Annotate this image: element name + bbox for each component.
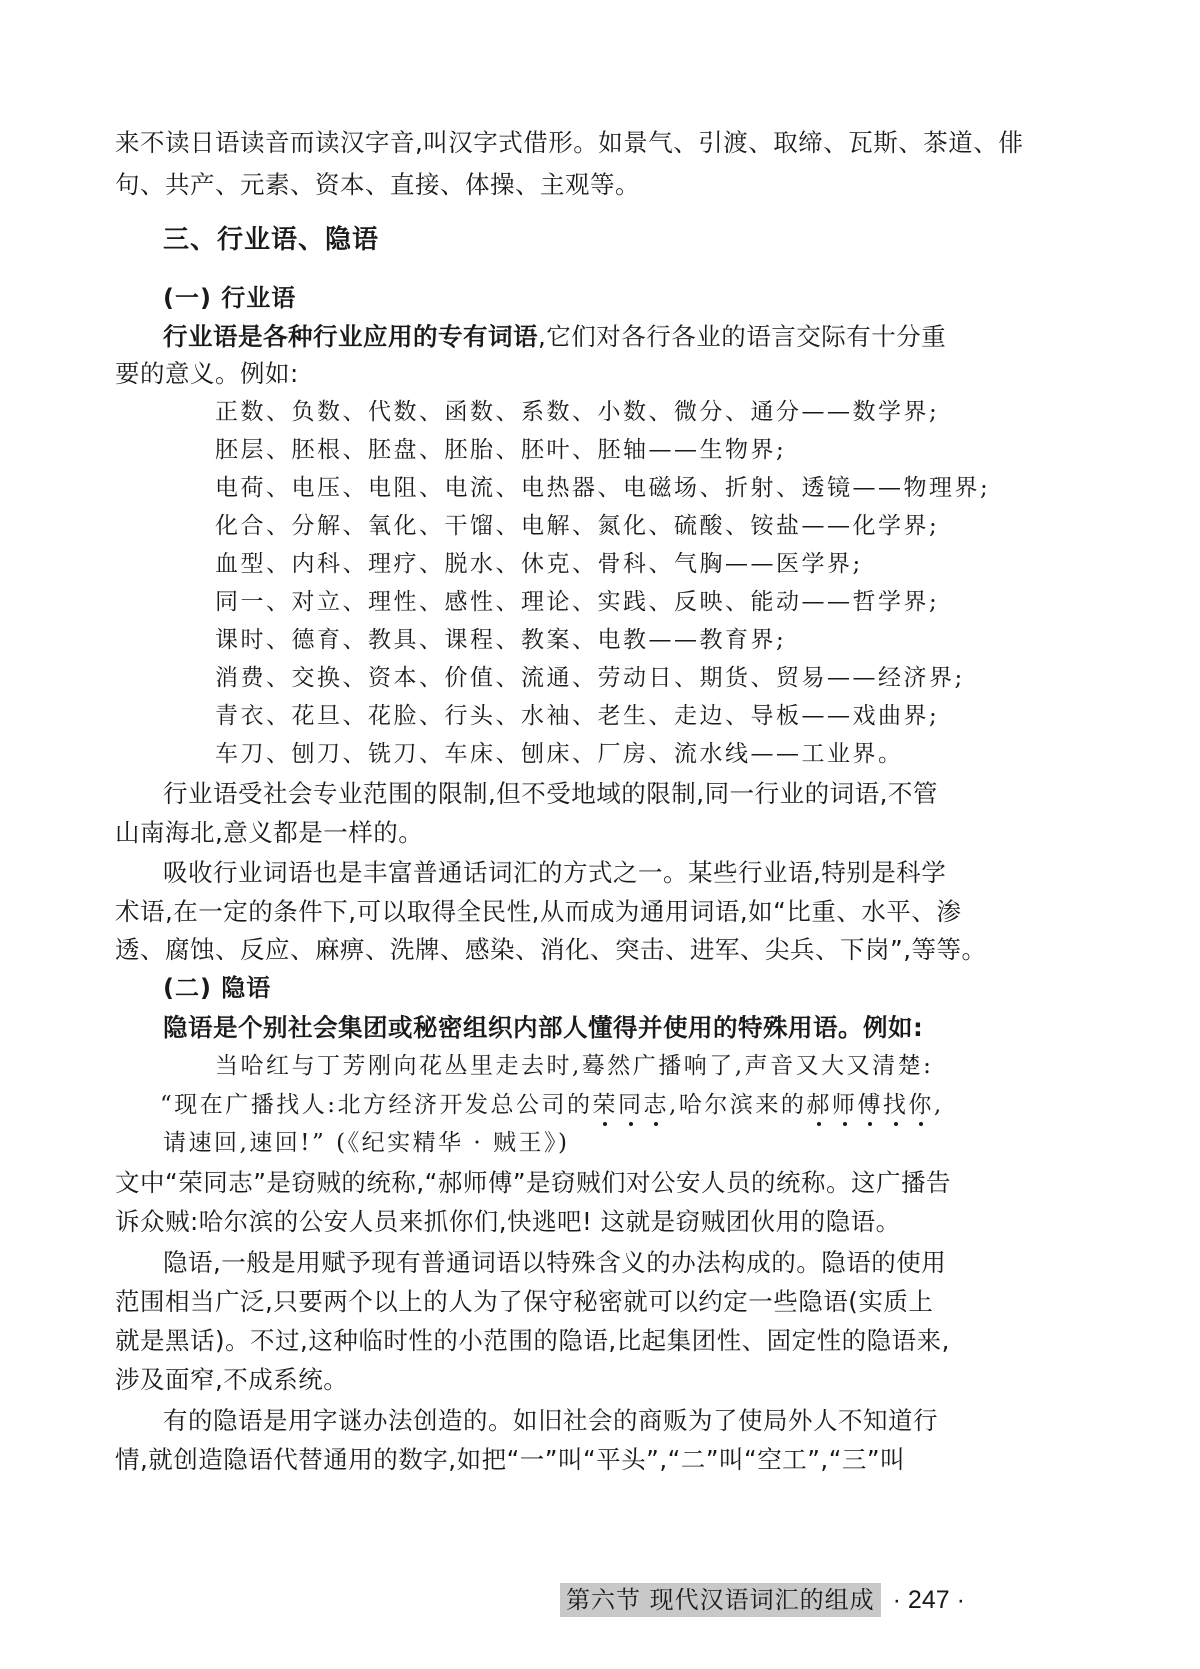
quote-text: ,哈尔滨来的	[669, 1092, 806, 1118]
example-medicine: 血型、内科、理疗、脱水、休克、骨科、气胸——医学界;	[215, 549, 863, 579]
definition-bold: 行业语是各种行业应用的专有词语	[163, 322, 538, 351]
emphasized-term-hao: 郝师傅找你	[806, 1092, 934, 1118]
page-number: · 247 ·	[893, 1586, 965, 1615]
section-heading: 三、行业语、隐语	[163, 225, 379, 255]
paragraph-line: 有的隐语是用字谜办法创造的。如旧社会的商贩为了使局外人不知道行	[163, 1406, 938, 1436]
paragraph-line: 范围相当广泛,只要两个以上的人为了保守秘密就可以约定一些隐语(实质上	[115, 1287, 933, 1317]
emphasis-dot-char: 荣	[593, 1092, 619, 1118]
emphasis-dot-char: 郝	[806, 1092, 832, 1118]
example-opera: 青衣、花旦、花脸、行头、水袖、老生、走边、导板——戏曲界;	[215, 701, 939, 731]
emphasis-dot-char: 找	[883, 1092, 909, 1118]
quote-line-1: 当哈红与丁芳刚向花丛里走去时,蓦然广播响了,声音又大又清楚:	[215, 1051, 933, 1081]
paragraph-line: 行业语受社会专业范围的限制,但不受地域的限制,同一行业的词语,不管	[163, 779, 938, 809]
example-chemistry: 化合、分解、氧化、干馏、电解、氮化、硫酸、铵盐——化学界;	[215, 511, 939, 541]
subsection-heading-2: (二) 隐语	[163, 973, 271, 1003]
example-math: 正数、负数、代数、函数、系数、小数、微分、通分——数学界;	[215, 397, 939, 427]
paragraph-line: 就是黑话)。不过,这种临时性的小范围的隐语,比起集团性、固定性的隐语来,	[115, 1326, 950, 1356]
paragraph-line: 涉及面窄,不成系统。	[115, 1365, 348, 1395]
book-page: 来不读日语读音而读汉字音,叫汉字式借形。如景气、引渡、取缔、瓦斯、茶道、俳 句、…	[0, 0, 1200, 1669]
example-biology: 胚层、胚根、胚盘、胚胎、胚叶、胚轴——生物界;	[215, 435, 786, 465]
example-economics: 消费、交换、资本、价值、流通、劳动日、期货、贸易——经济界;	[215, 663, 965, 693]
paragraph-line: 隐语,一般是用赋予现有普通词语以特殊含义的办法构成的。隐语的使用	[163, 1248, 946, 1278]
subsection-heading-1: (一) 行业语	[163, 283, 296, 313]
emphasis-dot-char: 傅	[857, 1092, 883, 1118]
quote-text: ,	[934, 1092, 944, 1118]
emphasis-dot-char: 志	[644, 1092, 670, 1118]
intro-line-2: 句、共产、元素、资本、直接、体操、主观等。	[115, 170, 640, 200]
paragraph-line: 透、腐蚀、反应、麻痹、洗牌、感染、消化、突击、进军、尖兵、下岗”,等等。	[115, 935, 986, 965]
paragraph-line: 文中“荣同志”是窃贼的统称,“郝师傅”是窃贼们对公安人员的统称。这广播告	[115, 1168, 951, 1198]
example-industry: 车刀、刨刀、铣刀、车床、刨床、厂房、流水线——工业界。	[215, 739, 904, 769]
example-philosophy: 同一、对立、理性、感性、理论、实践、反映、能动——哲学界;	[215, 587, 939, 617]
chapter-section-label: 第六节 现代汉语词汇的组成	[560, 1583, 881, 1617]
quote-line-2: “现在广播找人:北方经济开发总公司的荣同志,哈尔滨来的郝师傅找你,	[160, 1090, 944, 1120]
example-education: 课时、德育、教具、课程、教案、电教——教育界;	[215, 625, 786, 655]
definition-rest: ,它们对各行各业的语言交际有十分重	[538, 322, 946, 351]
example-physics: 电荷、电压、电阻、电流、电热器、电磁场、折射、透镜——物理界;	[215, 473, 990, 503]
emphasis-dot-char: 师	[832, 1092, 858, 1118]
paragraph-line: 术语,在一定的条件下,可以取得全民性,从而成为通用词语,如“比重、水平、渗	[115, 897, 961, 927]
emphasized-term-rong: 荣同志	[593, 1092, 670, 1118]
quote-line-3: 请速回,速回!” (《纪实精华 · 贼王》)	[163, 1128, 570, 1158]
paragraph-line: 情,就创造隐语代替通用的数字,如把“一”叫“平头”,“二”叫“空工”,“三”叫	[115, 1445, 905, 1475]
definition-line-1: 行业语是各种行业应用的专有词语,它们对各行各业的语言交际有十分重	[163, 322, 946, 352]
paragraph-line: 诉众贼:哈尔滨的公安人员来抓你们,快逃吧! 这就是窃贼团伙用的隐语。	[115, 1207, 901, 1237]
intro-line-1: 来不读日语读音而读汉字音,叫汉字式借形。如景气、引渡、取缔、瓦斯、茶道、俳	[115, 128, 1023, 158]
emphasis-dot-char: 你	[908, 1092, 934, 1118]
page-footer: 第六节 现代汉语词汇的组成 · 247 ·	[560, 1582, 965, 1618]
paragraph-line: 吸收行业词语也是丰富普通话词汇的方式之一。某些行业语,特别是科学	[163, 858, 946, 888]
quote-text: “现在广播找人:北方经济开发总公司的	[160, 1092, 593, 1118]
definition-line-2: 要的意义。例如:	[115, 359, 299, 389]
paragraph-line: 山南海北,意义都是一样的。	[115, 818, 423, 848]
definition-hidden-language: 隐语是个别社会集团或秘密组织内部人懂得并使用的特殊用语。例如:	[163, 1013, 923, 1043]
emphasis-dot-char: 同	[618, 1092, 644, 1118]
